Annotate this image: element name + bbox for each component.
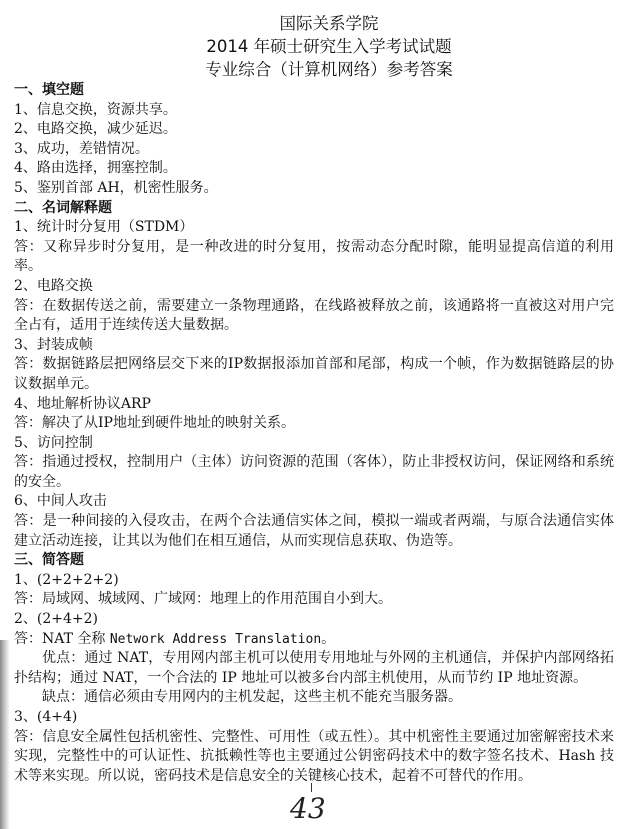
section-heading-fill-blank: 一、填空题 <box>14 81 614 101</box>
page-tick-mark <box>311 783 312 792</box>
handwritten-page-number: 43 <box>290 792 326 825</box>
fill-blank-item: 3、成功，差错情况。 <box>14 140 614 160</box>
fill-blank-item: 4、路由选择，拥塞控制。 <box>14 159 614 179</box>
term-answer: 答：数据链路层把网络层交下来的IP数据报添加首部和尾部，构成一个帧，作为数据链路… <box>14 355 614 394</box>
question-label: 1、(2+2+2+2) <box>14 571 614 591</box>
scan-edge-shadow <box>0 640 10 829</box>
fill-blank-item: 2、电路交换，减少延迟。 <box>14 120 614 140</box>
institution-name: 国际关系学院 <box>44 12 614 35</box>
term-answer: 答：解决了从IP地址到硬件地址的映射关系。 <box>14 414 614 434</box>
term-answer: 答：又称异步时分复用，是一种改进的时分复用，按需动态分配时隙，能明显提高信道的利… <box>14 238 614 277</box>
term-answer: 答：在数据传送之前，需要建立一条物理通路，在线路被释放之前，该通路将一直被这对用… <box>14 297 614 336</box>
nat-answer-suffix: 。 <box>321 631 335 647</box>
nat-full-name: Network Address Translation <box>110 632 321 647</box>
document-header: 国际关系学院 2014 年硕士研究生入学考试试题 专业综合（计算机网络）参考答案 <box>14 12 614 81</box>
fill-blank-item: 5、鉴别首部 AH，机密性服务。 <box>14 179 614 199</box>
question-label: 2、(2+4+2) <box>14 610 614 630</box>
term-answer: 答：指通过授权，控制用户（主体）访问资源的范围（客体），防止非授权访问，保证网络… <box>14 453 614 492</box>
document-page: 国际关系学院 2014 年硕士研究生入学考试试题 专业综合（计算机网络）参考答案… <box>14 12 614 786</box>
question-answer: 答：局域网、城域网、广域网：地理上的作用范围自小到大。 <box>14 590 614 610</box>
term-title: 1、统计时分复用（STDM） <box>14 218 614 238</box>
section-heading-short-answer: 三、简答题 <box>14 551 614 571</box>
subject-title: 专业综合（计算机网络）参考答案 <box>44 58 614 81</box>
nat-disadvantages: 缺点：通信必须由专用网内的主机发起，这些主机不能充当服务器。 <box>14 688 614 708</box>
section-heading-terms: 二、名词解释题 <box>14 199 614 219</box>
question-label: 3、(4+4) <box>14 708 614 728</box>
term-title: 2、电路交换 <box>14 277 614 297</box>
fill-blank-item: 1、信息交换，资源共享。 <box>14 101 614 121</box>
term-answer: 答：是一种间接的入侵攻击，在两个合法通信实体之间，模拟一端或者两端，与原合法通信… <box>14 512 614 551</box>
term-title: 5、访问控制 <box>14 434 614 454</box>
term-title: 6、中间人攻击 <box>14 492 614 512</box>
term-title: 4、地址解析协议ARP <box>14 395 614 415</box>
nat-answer-prefix: 答：NAT 全称 <box>14 631 110 647</box>
exam-title: 2014 年硕士研究生入学考试试题 <box>44 35 614 58</box>
term-title: 3、封装成帧 <box>14 336 614 356</box>
nat-advantages: 优点：通过 NAT，专用网内部主机可以使用专用地址与外网的主机通信，并保护内部网… <box>14 649 614 688</box>
question-answer: 答：NAT 全称 Network Address Translation。 <box>14 630 614 650</box>
question-answer: 答：信息安全属性包括机密性、完整性、可用性（或五性）。其中机密性主要通过加密解密… <box>14 728 614 787</box>
